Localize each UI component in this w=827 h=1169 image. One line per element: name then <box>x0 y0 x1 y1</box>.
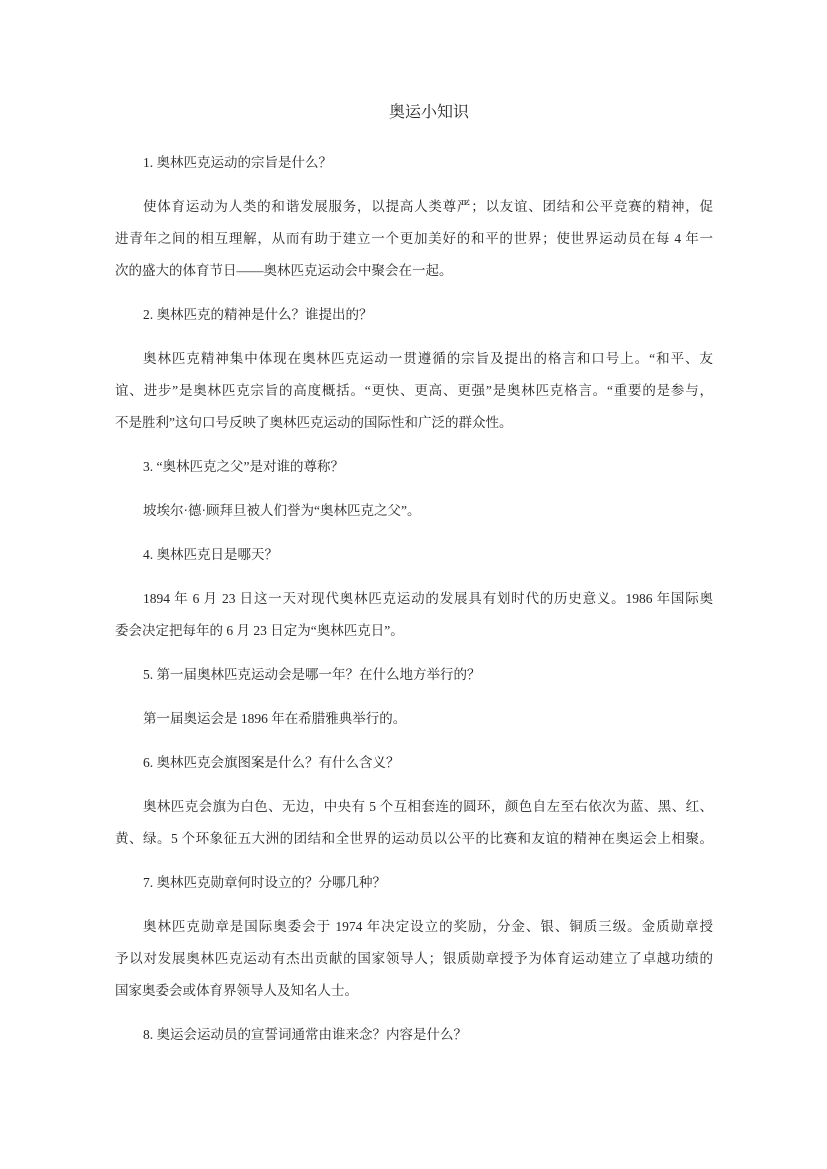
question-2: 2. 奥林匹克的精神是什么？谁提出的？ <box>115 299 713 331</box>
answer-line: 黄、绿。5 个环象征五大洲的团结和全世界的运动员以公平的比赛和友谊的精神在奥运会… <box>115 823 713 855</box>
answer-line: 委会决定把每年的 6 月 23 日定为“奥林匹克日”。 <box>115 615 713 647</box>
answer-line: 使体育运动为人类的和谐发展服务，以提高人类尊严；以友谊、团结和公平竞赛的精神，促 <box>115 191 713 223</box>
question-6: 6. 奥林匹克会旗图案是什么？有什么含义？ <box>115 747 713 779</box>
answer-line: 予以对发展奥林匹克运动有杰出贡献的国家领导人；银质勋章授予为体育运动建立了卓越功… <box>115 943 713 975</box>
question-7: 7. 奥林匹克勋章何时设立的？分哪几种？ <box>115 867 713 899</box>
answer-line: 国家奥委会或体育界领导人及知名人士。 <box>115 975 713 1007</box>
answer-line: 1894 年 6 月 23 日这一天对现代奥林匹克运动的发展具有划时代的历史意义… <box>115 583 713 615</box>
answer-4: 1894 年 6 月 23 日这一天对现代奥林匹克运动的发展具有划时代的历史意义… <box>115 583 713 647</box>
answer-5: 第一届奥运会是 1896 年在希腊雅典举行的。 <box>115 703 713 735</box>
answer-line: 进青年之间的相互理解，从而有助于建立一个更加美好的和平的世界；使世界运动员在每 … <box>115 223 713 255</box>
question-8: 8. 奥运会运动员的宣誓词通常由谁来念？内容是什么？ <box>115 1019 713 1051</box>
answer-line: 不是胜利”这句口号反映了奥林匹克运动的国际性和广泛的群众性。 <box>115 407 713 439</box>
question-3: 3. “奥林匹克之父”是对谁的尊称？ <box>115 451 713 483</box>
answer-line: 次的盛大的体育节日——奥林匹克运动会中聚会在一起。 <box>115 255 713 287</box>
answer-7: 奥林匹克勋章是国际奥委会于 1974 年决定设立的奖励，分金、银、铜质三级。金质… <box>115 911 713 1007</box>
answer-line: 奥林匹克精神集中体现在奥林匹克运动一贯遵循的宗旨及提出的格言和口号上。“和平、友 <box>115 343 713 375</box>
answer-3: 坡埃尔·德·顾拜旦被人们誉为“奥林匹克之父”。 <box>115 495 713 527</box>
answer-line: 谊、进步”是奥林匹克宗旨的高度概括。“更快、更高、更强”是奥林匹克格言。“重要的… <box>115 375 713 407</box>
document-page: 奥运小知识 1. 奥林匹克运动的宗旨是什么？ 使体育运动为人类的和谐发展服务，以… <box>0 0 827 1169</box>
answer-line: 奥林匹克勋章是国际奥委会于 1974 年决定设立的奖励，分金、银、铜质三级。金质… <box>115 911 713 943</box>
question-5: 5. 第一届奥林匹克运动会是哪一年？在什么地方举行的？ <box>115 659 713 691</box>
question-1: 1. 奥林匹克运动的宗旨是什么？ <box>115 147 713 179</box>
question-4: 4. 奥林匹克日是哪天？ <box>115 539 713 571</box>
answer-2: 奥林匹克精神集中体现在奥林匹克运动一贯遵循的宗旨及提出的格言和口号上。“和平、友… <box>115 343 713 439</box>
answer-line: 第一届奥运会是 1896 年在希腊雅典举行的。 <box>115 703 713 735</box>
answer-line: 奥林匹克会旗为白色、无边，中央有 5 个互相套连的圆环，颜色自左至右依次为蓝、黑… <box>115 791 713 823</box>
document-title: 奥运小知识 <box>115 97 713 129</box>
answer-6: 奥林匹克会旗为白色、无边，中央有 5 个互相套连的圆环，颜色自左至右依次为蓝、黑… <box>115 791 713 855</box>
answer-1: 使体育运动为人类的和谐发展服务，以提高人类尊严；以友谊、团结和公平竞赛的精神，促… <box>115 191 713 287</box>
answer-line: 坡埃尔·德·顾拜旦被人们誉为“奥林匹克之父”。 <box>115 495 713 527</box>
